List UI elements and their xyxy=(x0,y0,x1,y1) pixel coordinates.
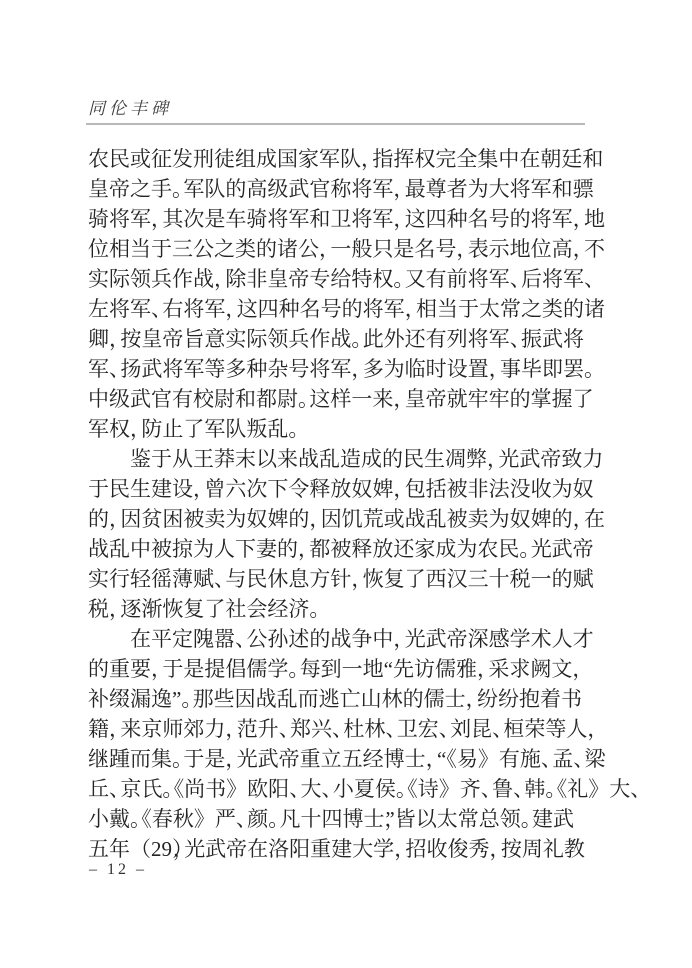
text-line: 皇帝之手。军队的高级武官称将军，最尊者为大将军和骠 xyxy=(88,174,608,204)
text-line: 骑将军，其次是车骑将军和卫将军，这四种名号的将军，地 xyxy=(88,204,608,234)
header-rule-divider xyxy=(86,123,585,125)
paragraph: 在平定隗嚣、公孙述的战争中，光武帝深感学术人才的重要，于是提倡儒学。每到一地“先… xyxy=(88,624,608,864)
text-line: 籍，来京师郊力，范升、郑兴、杜林、卫宏、刘昆、桓荣等人， xyxy=(88,714,608,744)
text-line: 税，逐渐恢复了社会经济。 xyxy=(88,594,608,624)
text-line: 左将军、右将军，这四种名号的将军，相当于太常之类的诸 xyxy=(88,294,608,324)
paragraph: 鉴于从王莽末以来战乱造成的民生凋弊，光武帝致力于民生建设，曾六次下令释放奴婢，包… xyxy=(88,444,608,624)
text-line: 战乱中被掠为人下妻的，都被释放还家成为农民。光武帝 xyxy=(88,534,608,564)
text-line: 农民或征发刑徒组成国家军队，指挥权完全集中在朝廷和 xyxy=(88,144,608,174)
text-line: 五年（29），光武帝在洛阳重建大学，招收俊秀，按周礼教 xyxy=(88,834,608,864)
text-line: 补缀漏逸”。那些因战乱而逃亡山林的儒士，纷纷抱着书 xyxy=(88,684,608,714)
text-line: 于民生建设，曾六次下令释放奴婢，包括被非法没收为奴 xyxy=(88,474,608,504)
text-line: 实际领兵作战，除非皇帝专给特权。又有前将军、后将军、 xyxy=(88,264,608,294)
paragraph: 农民或征发刑徒组成国家军队，指挥权完全集中在朝廷和皇帝之手。军队的高级武官称将军… xyxy=(88,144,608,444)
running-header-title: 同伦丰碑 xyxy=(88,94,172,119)
text-line: 军权，防止了军队叛乱。 xyxy=(88,414,608,444)
text-line: 继踵而集。于是，光武帝重立五经博士，“《易》有施、孟、梁 xyxy=(88,744,608,774)
text-line: 鉴于从王莽末以来战乱造成的民生凋弊，光武帝致力 xyxy=(88,444,608,474)
text-line: 小戴。《春秋》严、颜。凡十四博士，”皆以太常总领。建武 xyxy=(88,804,608,834)
text-line: 卿，按皇帝旨意实际领兵作战。此外还有列将军、振武将 xyxy=(88,324,608,354)
book-page: 同伦丰碑 农民或征发刑徒组成国家军队，指挥权完全集中在朝廷和皇帝之手。军队的高级… xyxy=(0,0,692,968)
text-line: 丘、京氏。《尚书》欧阳、大、小夏侯。《诗》齐、鲁、韩。《礼》大、 xyxy=(88,774,608,804)
body-text: 农民或征发刑徒组成国家军队，指挥权完全集中在朝廷和皇帝之手。军队的高级武官称将军… xyxy=(88,144,608,864)
text-line: 军、扬武将军等多种杂号将军，多为临时设置，事毕即罢。 xyxy=(88,354,608,384)
text-line: 的重要，于是提倡儒学。每到一地“先访儒雅，采求阙文， xyxy=(88,654,608,684)
text-line: 的，因贫困被卖为奴婢的，因饥荒或战乱被卖为奴婢的，在 xyxy=(88,504,608,534)
text-line: 位相当于三公之类的诸公，一般只是名号，表示地位高，不 xyxy=(88,234,608,264)
text-line: 实行轻徭薄赋、与民休息方针，恢复了西汉三十税一的赋 xyxy=(88,564,608,594)
text-line: 在平定隗嚣、公孙述的战争中，光武帝深感学术人才 xyxy=(88,624,608,654)
text-line: 中级武官有校尉和都尉。这样一来，皇帝就牢牢的掌握了 xyxy=(88,384,608,414)
page-number: – 12 – xyxy=(89,861,147,879)
